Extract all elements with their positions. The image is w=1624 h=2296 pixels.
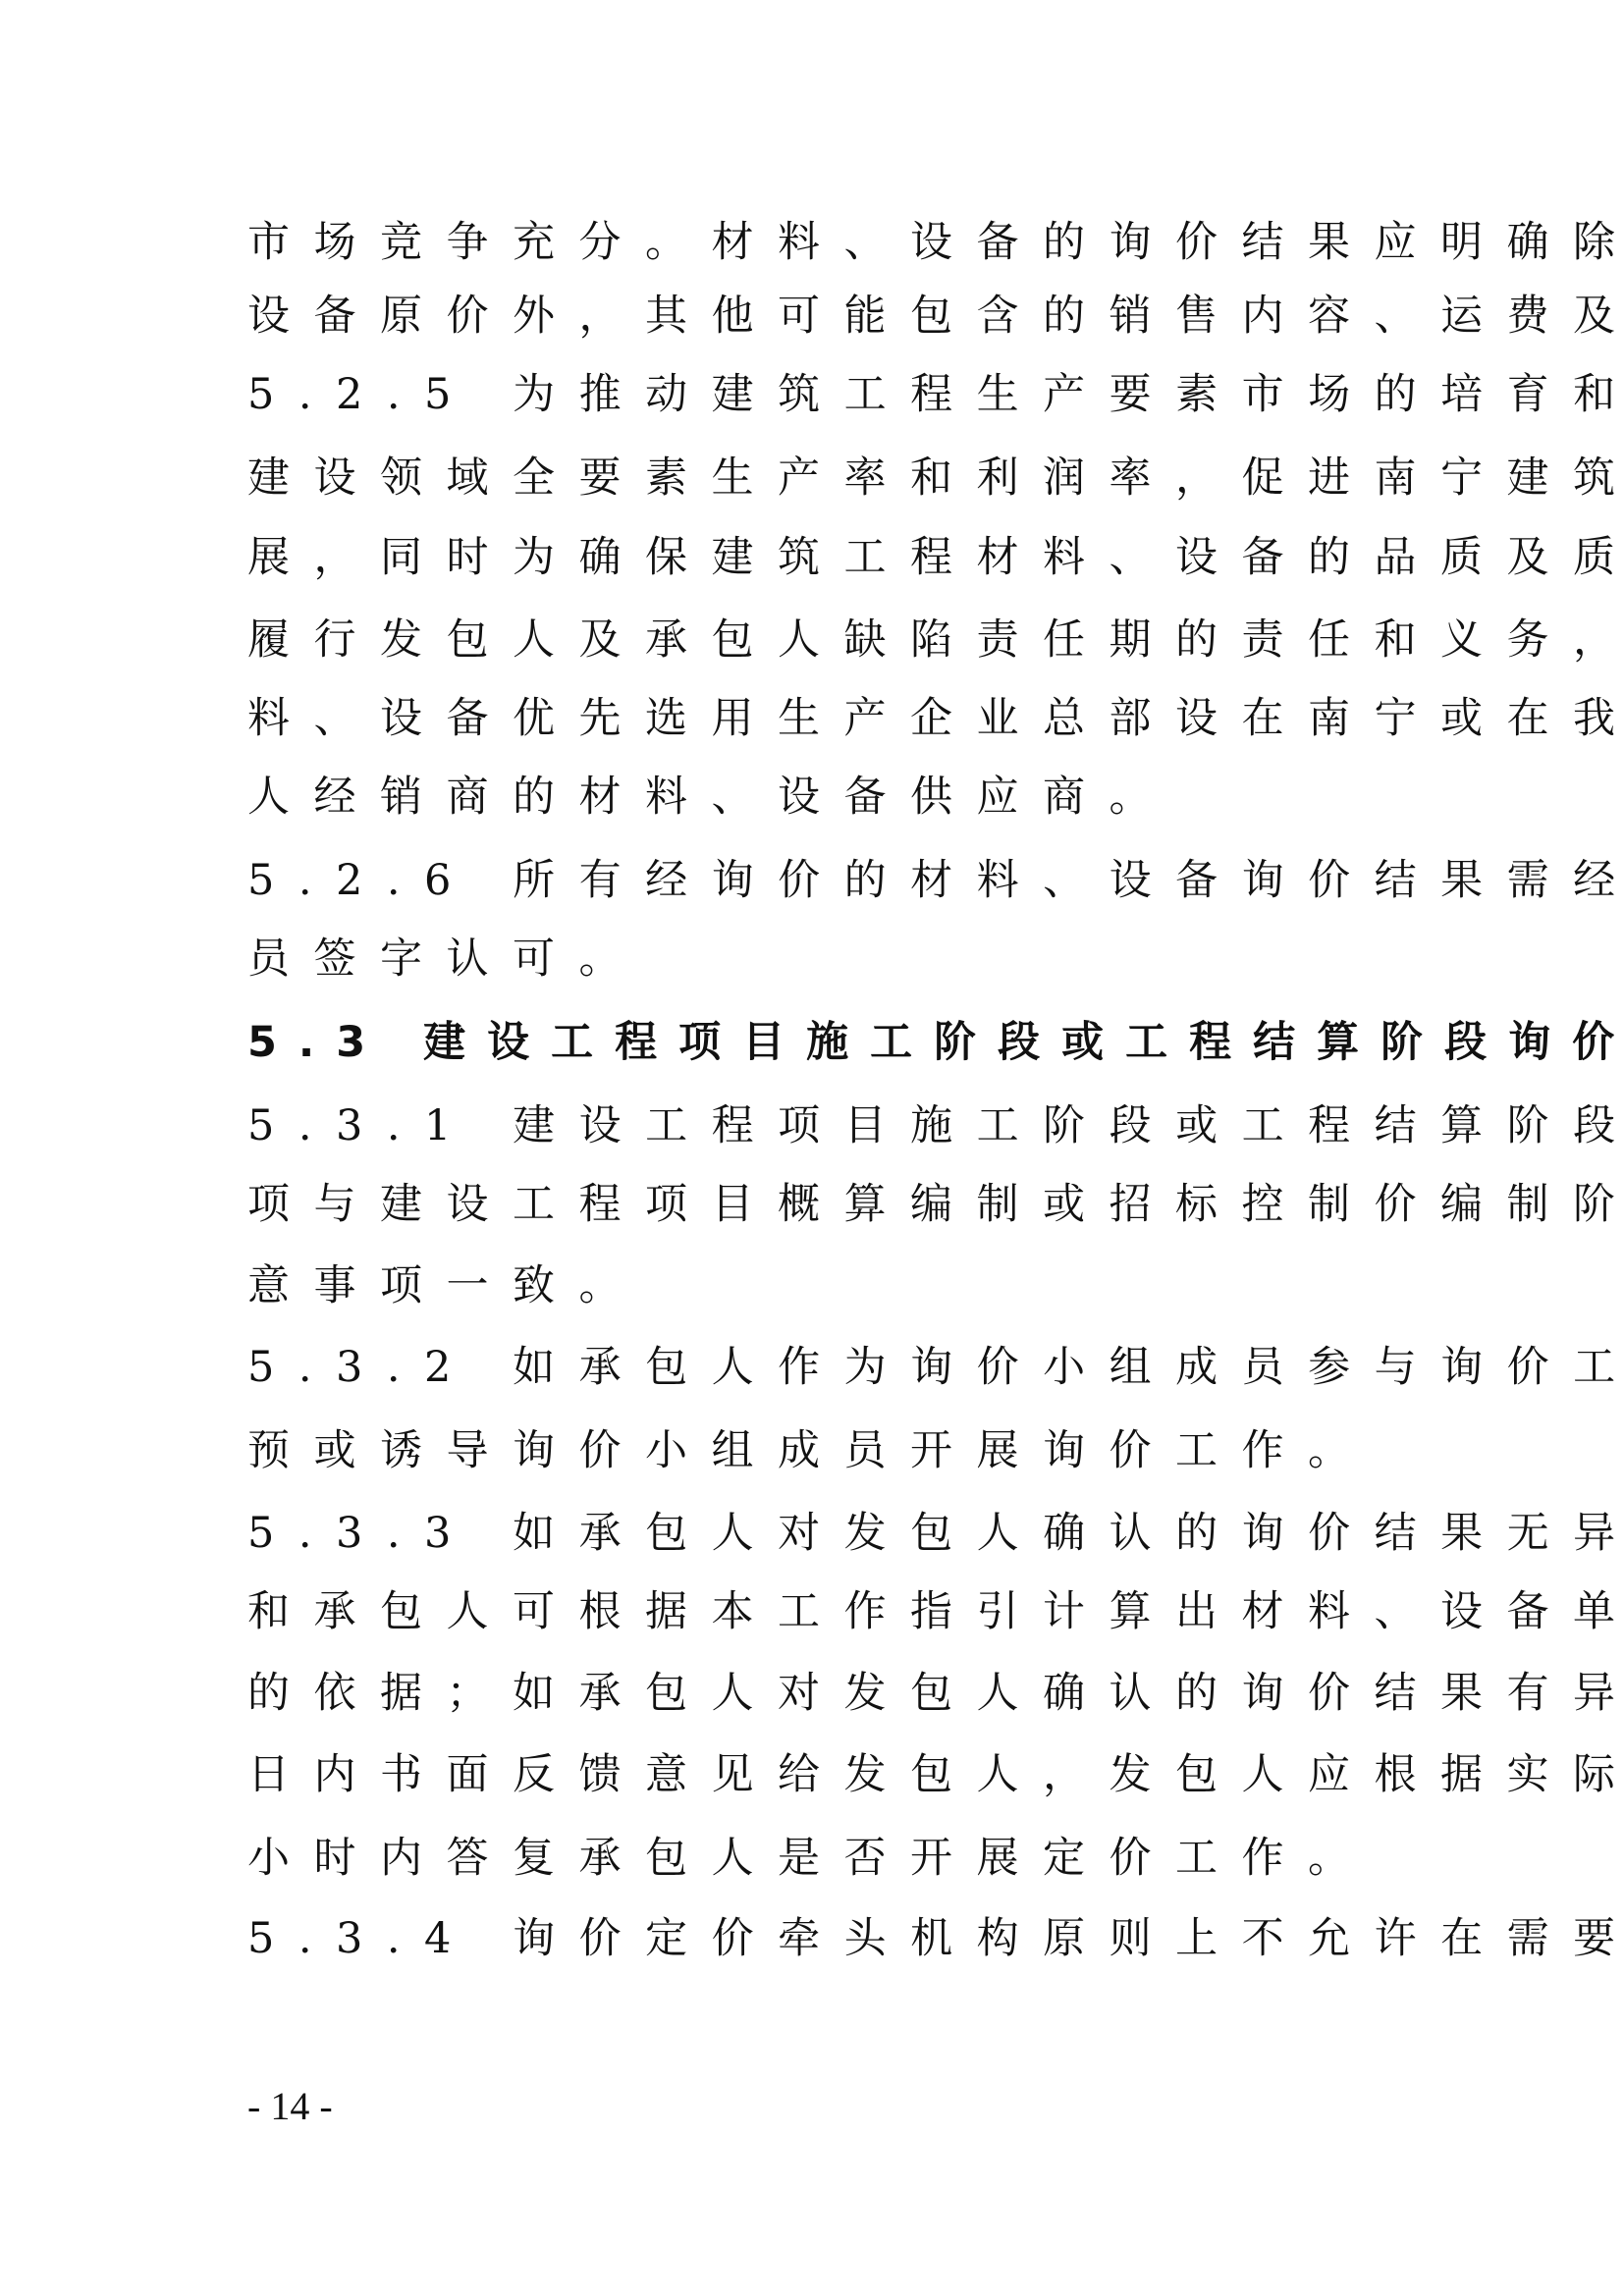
text-line: 设备原价外，其他可能包含的销售内容、运费及增值税率等。	[247, 287, 1386, 346]
clause-5-3-1: 5.3.1 建设工程项目施工阶段或工程结算阶段询价注意事	[247, 1096, 1386, 1155]
clause-5-3-2: 5.3.2 如承包人作为询价小组成员参与询价工作，不能干	[247, 1338, 1386, 1397]
text-line: 料、设备优先选用生产企业总部设在南宁或在我市有独立法	[247, 689, 1386, 748]
text-line: 项与建设工程项目概算编制或招标控制价编制阶段询价注	[247, 1175, 1386, 1234]
text-line: 小时内答复承包人是否开展定价工作。	[247, 1829, 1386, 1888]
text-line: 的依据；如承包人对发包人确认的询价结果有异议，可在 7	[247, 1664, 1386, 1723]
section-heading-5-3: 5.3 建设工程项目施工阶段或工程结算阶段询价注意事项	[247, 1013, 1386, 1072]
text-line: 展，同时为确保建筑工程材料、设备的品质及质量，有效的	[247, 528, 1386, 587]
text-line: 预或诱导询价小组成员开展询价工作。	[247, 1421, 1386, 1480]
clause-5-2-5: 5.2.5 为推动建筑工程生产要素市场的培育和壮大，提高	[247, 365, 1386, 424]
text-line: 人经销商的材料、设备供应商。	[247, 768, 1386, 827]
text-line: 员签字认可。	[247, 930, 1386, 988]
text-line: 日内书面反馈意见给发包人，发包人应根据实际情况在 48	[247, 1745, 1386, 1804]
text-line: 市场竞争充分。材料、设备的询价结果应明确除了包含材料、	[247, 213, 1386, 272]
text-line: 建设领域全要素生产率和利润率，促进南宁建筑业高质量发	[247, 449, 1386, 507]
document-page: 市场竞争充分。材料、设备的询价结果应明确除了包含材料、 设备原价外，其他可能包含…	[0, 0, 1624, 2296]
page-number: - 14 -	[247, 2083, 333, 2130]
clause-5-3-4: 5.3.4 询价定价牵头机构原则上不允许在需要开展询价定	[247, 1909, 1386, 1968]
text-line: 和承包人可根据本工作指引计算出材料、设备单价作为结算	[247, 1582, 1386, 1641]
text-line: 意事项一致。	[247, 1256, 1386, 1315]
clause-5-2-6: 5.2.6 所有经询价的材料、设备询价结果需经询价小组人	[247, 851, 1386, 910]
clause-5-3-3: 5.3.3 如承包人对发包人确认的询价结果无异议，发包人	[247, 1504, 1386, 1563]
text-line: 履行发包人及承包人缺陷责任期的责任和义务，鼓励所询材	[247, 611, 1386, 669]
